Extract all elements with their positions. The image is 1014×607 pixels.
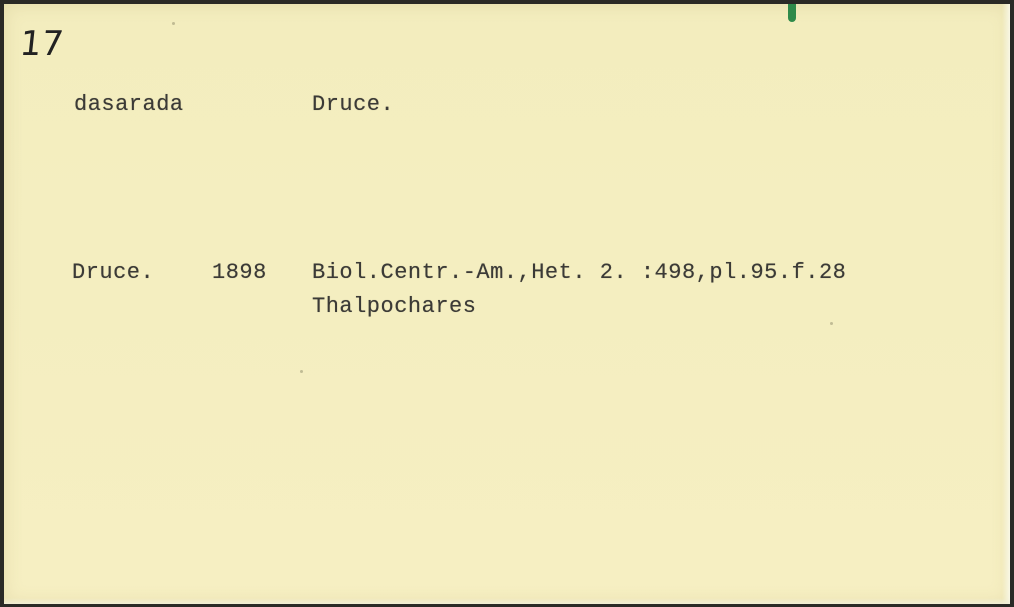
- green-tab-marker: [788, 4, 796, 22]
- paper-speck: [830, 322, 833, 325]
- card-number: 17: [18, 24, 65, 64]
- paper-speck: [300, 370, 303, 373]
- species-author: Druce.: [312, 92, 394, 117]
- paper-speck: [172, 22, 175, 25]
- species-name: dasarada: [74, 92, 184, 117]
- card-edge: [1002, 4, 1010, 604]
- reference-genus: Thalpochares: [312, 294, 476, 319]
- reference-author: Druce.: [72, 260, 154, 285]
- card-edge: [4, 598, 1010, 604]
- reference-citation: Biol.Centr.-Am.,Het. 2. :498,pl.95.f.28: [312, 260, 846, 285]
- index-card: 17 dasarada Druce. Druce. 1898 Biol.Cent…: [4, 4, 1010, 604]
- reference-year: 1898: [212, 260, 267, 285]
